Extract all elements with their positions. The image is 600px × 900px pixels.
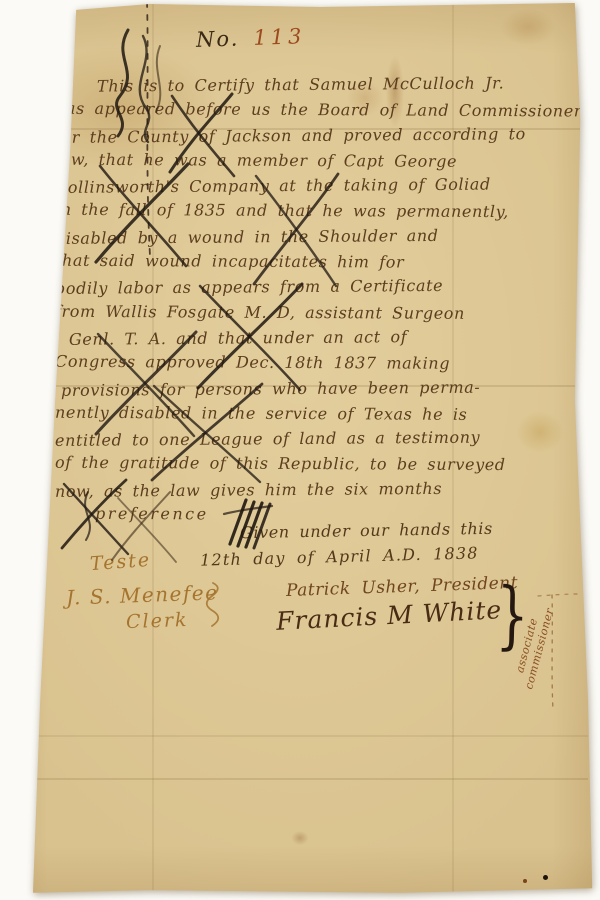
- ink-speck: [523, 879, 527, 883]
- paper-shadow-wrap: No.113 This is to Certify that Samuel Mc…: [0, 0, 600, 900]
- handwritten-line: Genl. T. A. and that under an act of: [55, 323, 545, 352]
- handwritten-line: disabled by a wound in the Shoulder and: [55, 222, 545, 251]
- handwritten-body: This is to Certify that Samuel McCulloch…: [55, 72, 545, 527]
- fold-crease: [30, 778, 588, 780]
- handwritten-line: entitled to one League of land as a test…: [55, 424, 545, 453]
- scanned-document-page: { "document": { "number_label": "No.", "…: [0, 0, 600, 900]
- handwritten-line: bodily labor as appears from a Certifica…: [55, 272, 545, 301]
- closing-line: Given under our hands this: [240, 519, 493, 542]
- document-number: No.113: [196, 24, 306, 52]
- commissioner-signature: Francis M White: [275, 595, 502, 636]
- teste-label: Teste: [89, 549, 151, 575]
- fold-crease: [30, 735, 588, 737]
- ink-speck: [543, 875, 548, 880]
- closing-date-line: 12th day of April A.D. 1838: [200, 543, 479, 569]
- handwritten-line: law, that he was a member of Capt George: [55, 147, 545, 175]
- handwritten-line: for the County of Jackson and proved acc…: [55, 121, 545, 150]
- aged-paper: No.113 This is to Certify that Samuel Mc…: [0, 0, 600, 900]
- clerk-signature: J. S. Menefee: [66, 580, 219, 609]
- handwritten-line: provisions for persons who have been per…: [61, 374, 545, 403]
- handwritten-line: from Wallis Fosgate M. D, assistant Surg…: [55, 298, 545, 326]
- handwritten-line: nently disabled in the service of Texas …: [55, 400, 545, 428]
- handwritten-line: Congress approved Dec. 18th 1837 making: [55, 349, 545, 377]
- handwritten-line: now, as the law gives him the six months: [55, 475, 545, 504]
- clerk-title: Clerk: [126, 609, 189, 633]
- handwritten-line: that said wound incapacitates him for: [55, 248, 545, 276]
- handwritten-line: of the gratitude of this Republic, to be…: [55, 450, 545, 478]
- handwritten-line: This is to Certify that Samuel McCulloch…: [55, 70, 545, 99]
- document-number-value: 113: [253, 24, 306, 50]
- handwritten-line: has appeared before us the Board of Land…: [55, 96, 545, 124]
- document-number-label: No.: [196, 26, 240, 51]
- handwritten-line: in the fall of 1835 and that he was perm…: [55, 197, 545, 225]
- handwritten-line: Collinsworth's Company at the taking of …: [55, 171, 545, 200]
